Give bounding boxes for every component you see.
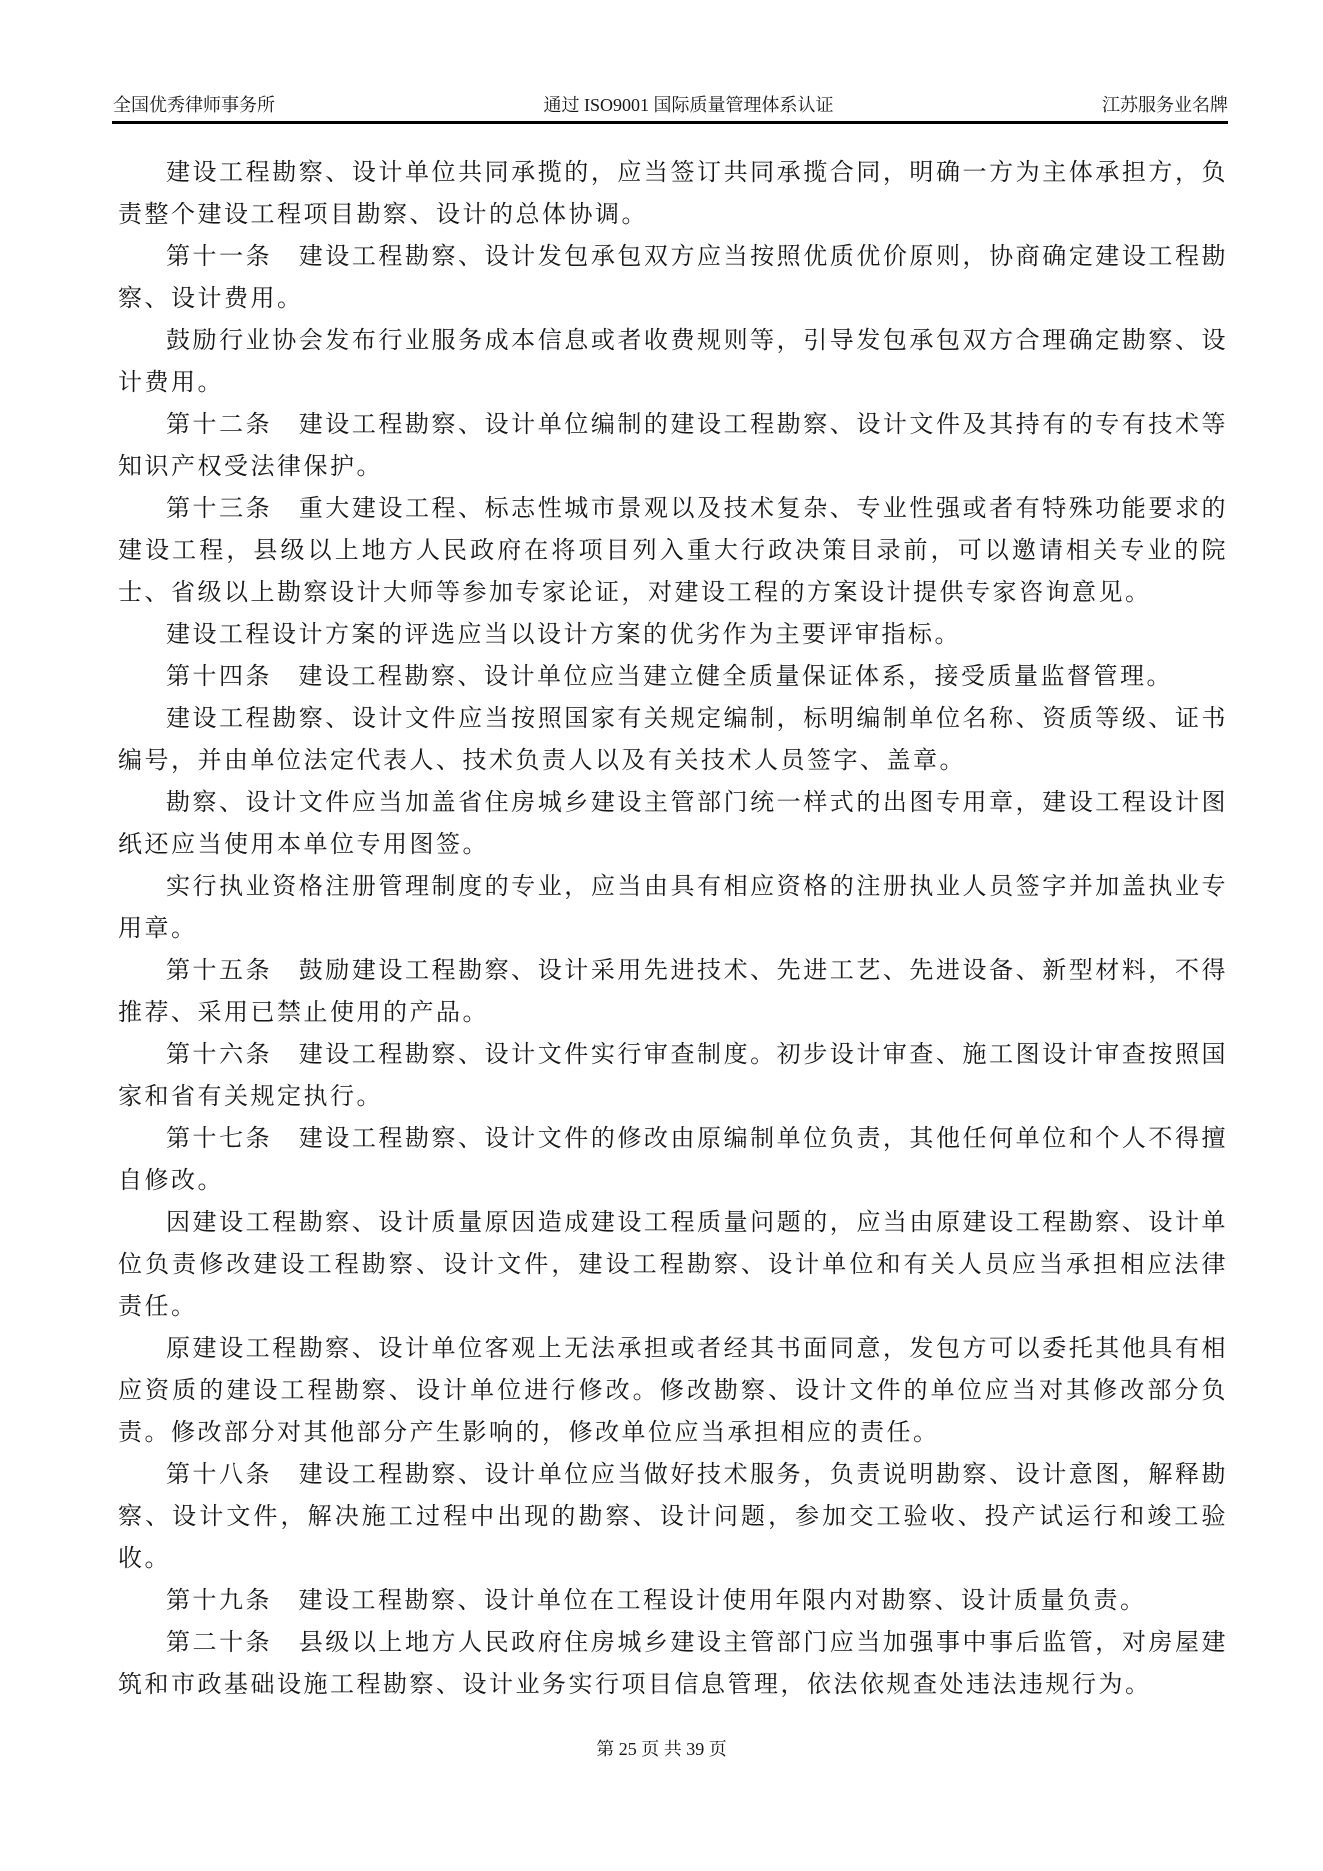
body-paragraph: 第十二条 建设工程勘察、设计单位编制的建设工程勘察、设计文件及其持有的专有技术等…: [118, 404, 1228, 488]
document-page: 全国优秀律师事务所 通过 ISO9001 国际质量管理体系认证 江苏服务业名牌 …: [0, 0, 1323, 1871]
body-paragraph: 第十三条 重大建设工程、标志性城市景观以及技术复杂、专业性强或者有特殊功能要求的…: [118, 488, 1228, 614]
body-paragraph: 建设工程设计方案的评选应当以设计方案的优劣作为主要评审指标。: [118, 614, 1228, 656]
body-paragraph: 第二十条 县级以上地方人民政府住房城乡建设主管部门应当加强事中事后监管，对房屋建…: [118, 1622, 1228, 1706]
body-paragraph: 鼓励行业协会发布行业服务成本信息或者收费规则等，引导发包承包双方合理确定勘察、设…: [118, 320, 1228, 404]
body-paragraph: 第十九条 建设工程勘察、设计单位在工程设计使用年限内对勘察、设计质量负责。: [118, 1580, 1228, 1622]
page-footer: 第 25 页 共 39 页: [0, 1736, 1323, 1762]
body-paragraph: 原建设工程勘察、设计单位客观上无法承担或者经其书面同意，发包方可以委托其他具有相…: [118, 1328, 1228, 1454]
document-body: 建设工程勘察、设计单位共同承揽的，应当签订共同承揽合同，明确一方为主体承担方，负…: [118, 152, 1228, 1706]
page-header: 全国优秀律师事务所 通过 ISO9001 国际质量管理体系认证 江苏服务业名牌: [113, 93, 1228, 117]
body-paragraph: 第十七条 建设工程勘察、设计文件的修改由原编制单位负责，其他任何单位和个人不得擅…: [118, 1118, 1228, 1202]
header-left-label: 全国优秀律师事务所: [113, 93, 275, 117]
page-number-indicator: 第 25 页 共 39 页: [596, 1739, 727, 1759]
header-center-label: 通过 ISO9001 国际质量管理体系认证: [543, 93, 833, 117]
body-paragraph: 勘察、设计文件应当加盖省住房城乡建设主管部门统一样式的出图专用章，建设工程设计图…: [118, 782, 1228, 866]
body-paragraph: 第十一条 建设工程勘察、设计发包承包双方应当按照优质优价原则，协商确定建设工程勘…: [118, 236, 1228, 320]
body-paragraph: 因建设工程勘察、设计质量原因造成建设工程质量问题的，应当由原建设工程勘察、设计单…: [118, 1202, 1228, 1328]
body-paragraph: 实行执业资格注册管理制度的专业，应当由具有相应资格的注册执业人员签字并加盖执业专…: [118, 866, 1228, 950]
body-paragraph: 建设工程勘察、设计单位共同承揽的，应当签订共同承揽合同，明确一方为主体承担方，负…: [118, 152, 1228, 236]
header-rule: [112, 121, 1228, 124]
body-paragraph: 第十六条 建设工程勘察、设计文件实行审查制度。初步设计审查、施工图设计审查按照国…: [118, 1034, 1228, 1118]
body-paragraph: 第十四条 建设工程勘察、设计单位应当建立健全质量保证体系，接受质量监督管理。: [118, 656, 1228, 698]
body-paragraph: 建设工程勘察、设计文件应当按照国家有关规定编制，标明编制单位名称、资质等级、证书…: [118, 698, 1228, 782]
header-right-label: 江苏服务业名牌: [1102, 93, 1228, 117]
body-paragraph: 第十八条 建设工程勘察、设计单位应当做好技术服务，负责说明勘察、设计意图，解释勘…: [118, 1454, 1228, 1580]
body-paragraph: 第十五条 鼓励建设工程勘察、设计采用先进技术、先进工艺、先进设备、新型材料，不得…: [118, 950, 1228, 1034]
